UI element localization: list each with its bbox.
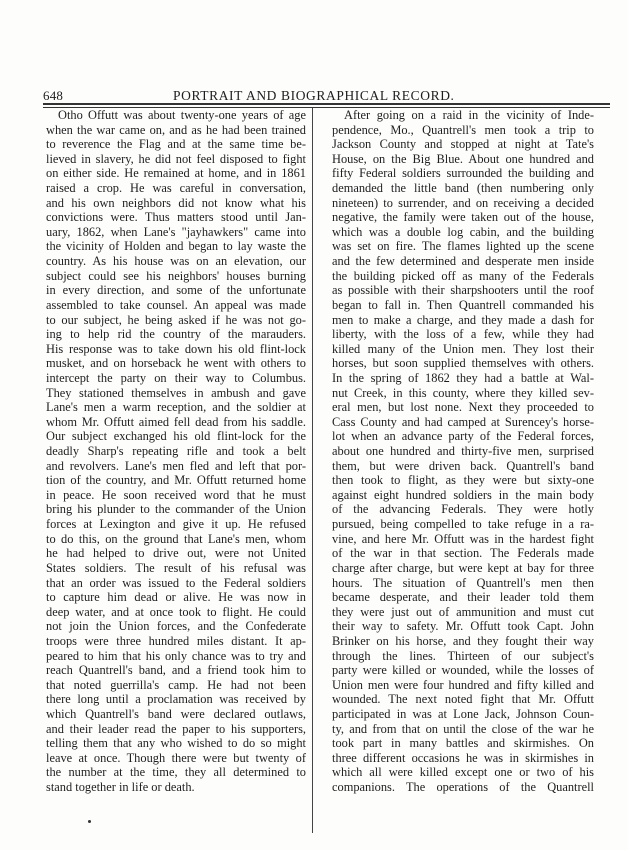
text-line: wounded. The next noted fight that Mr. O… — [332, 692, 594, 707]
text-line: killed many of the Union men. They lost … — [332, 342, 594, 357]
text-line: convictions were. Thus matters stood unt… — [46, 210, 306, 225]
text-line: reach Quantrell's band, and a friend too… — [46, 663, 306, 678]
text-line: subject could see his neighbors' houses … — [46, 269, 306, 284]
book-page: 648 PORTRAIT AND BIOGRAPHICAL RECORD. Ot… — [0, 0, 628, 850]
text-line: them, but were driven back. Quantrell's … — [332, 459, 594, 474]
text-line: through the lines. Thirteen of our subje… — [332, 649, 594, 664]
column-divider — [312, 108, 313, 833]
text-line: vine, and here Mr. Offutt was in the har… — [332, 532, 594, 547]
page-number: 648 — [43, 88, 63, 104]
text-line: they were just out of ammunition and mus… — [332, 605, 594, 620]
text-line: His response was to take down his old fl… — [46, 342, 306, 357]
text-line: demanded the little band (then numbering… — [332, 181, 594, 196]
text-line: hours. The situation of Quantrell's men … — [332, 576, 594, 591]
text-line: troops were three hundred miles distant.… — [46, 634, 306, 649]
text-line: uary, 1862, when Lane's "jayhawkers" cam… — [46, 225, 306, 240]
text-line: which was a double log cabin, and the bu… — [332, 225, 594, 240]
text-line: and their leader read the paper to his s… — [46, 722, 306, 737]
text-line: that noted guerrilla's camp. He had not … — [46, 678, 306, 693]
text-line: and the few determined and desperate men… — [332, 254, 594, 269]
text-line: negative, the family were taken out of t… — [332, 210, 594, 225]
text-line: ty, and from that on until the close of … — [332, 722, 594, 737]
text-line: Cass County and had camped at Surencey's… — [332, 415, 594, 430]
text-line: to do this, on the ground that Lane's me… — [46, 532, 306, 547]
text-line: States soldiers. The result of his refus… — [46, 561, 306, 576]
text-line: peared to him that his only chance was t… — [46, 649, 306, 664]
text-line: and his own neighbors did not know what … — [46, 196, 306, 211]
text-line: They stationed themselves in ambush and … — [46, 386, 306, 401]
text-line: bring his plunder to the commander of th… — [46, 502, 306, 517]
text-line: telling them that any who wished to do s… — [46, 736, 306, 751]
text-line: ing to help rid the country of the marau… — [46, 327, 306, 342]
text-line: musket, and on horseback he went with ot… — [46, 356, 306, 371]
text-line: fifty Federal soldiers surrounded the bu… — [332, 166, 594, 181]
text-line: leave at once. Though there were but twe… — [46, 751, 306, 766]
text-line: whom Mr. Offutt aimed fell dead from his… — [46, 415, 306, 430]
text-line: became desperate, and their leader told … — [332, 590, 594, 605]
print-speck — [88, 820, 91, 823]
text-line: stand together in life or death. — [46, 780, 306, 795]
text-line: not join the Union forces, and the Confe… — [46, 619, 306, 634]
text-line: intercept the party on their way to Colu… — [46, 371, 306, 386]
text-line: companions. The operations of the Quantr… — [332, 780, 594, 795]
text-line: three different occasions he was in skir… — [332, 751, 594, 766]
text-line: liberty, with the loss of a few, while t… — [332, 327, 594, 342]
text-line: In the spring of 1862 they had a battle … — [332, 371, 594, 386]
text-line: Otho Offutt was about twenty-one years o… — [46, 108, 306, 123]
text-line: took part in many battles and skirmishes… — [332, 736, 594, 751]
text-line: which Quantrell's band were declared out… — [46, 707, 306, 722]
text-line: to our subject, he being asked if he was… — [46, 313, 306, 328]
text-line: in peace. He soon received word that he … — [46, 488, 306, 503]
text-line: when the war came on, and as he had been… — [46, 123, 306, 138]
running-title: PORTRAIT AND BIOGRAPHICAL RECORD. — [173, 88, 455, 104]
text-line: men to make a charge, and they made a da… — [332, 313, 594, 328]
text-line: eral men, but lost none. Next they proce… — [332, 400, 594, 415]
text-line: Jackson County and stopped at night at T… — [332, 137, 594, 152]
text-line: lieved in slavery, he did not feel dispo… — [46, 152, 306, 167]
text-line: charge after charge, but were kept at ba… — [332, 561, 594, 576]
text-line: began to fall in. Then Quantrell command… — [332, 298, 594, 313]
text-line: Brinker on his horse, and they fought th… — [332, 634, 594, 649]
text-line: about one hundred and thirty-five men, s… — [332, 444, 594, 459]
left-column: Otho Offutt was about twenty-one years o… — [46, 108, 306, 795]
text-line: there long until a proclamation was rece… — [46, 692, 306, 707]
right-column: After going on a raid in the vicinity of… — [332, 108, 594, 795]
text-line: assembled to take counsel. An appeal was… — [46, 298, 306, 313]
text-line: against eight hundred soldiers in the ma… — [332, 488, 594, 503]
text-line: the number at the time, they all determi… — [46, 765, 306, 780]
text-line: After going on a raid in the vicinity of… — [332, 108, 594, 123]
text-line: he had helped to drive out, were not Uni… — [46, 546, 306, 561]
text-line: and revolvers. Lane's men fled and left … — [46, 459, 306, 474]
text-line: deep water, and at once took to flight. … — [46, 605, 306, 620]
text-line: pursued, being compelled to take refuge … — [332, 517, 594, 532]
text-line: to capture him dead or alive. He was now… — [46, 590, 306, 605]
text-line: Union men were four hundred and fifty ki… — [332, 678, 594, 693]
text-line: nut Creek, in this county, where they ki… — [332, 386, 594, 401]
text-line: raised a crop. He was careful in convers… — [46, 181, 306, 196]
text-line: of the advancing Federals. They were hot… — [332, 502, 594, 517]
text-line: party were killed or wounded, while the … — [332, 663, 594, 678]
text-line: in every direction, and some of the unfo… — [46, 283, 306, 298]
text-line: of the war in that section. The Federals… — [332, 546, 594, 561]
text-line: was set on fire. The flames lighted up t… — [332, 239, 594, 254]
text-line: then took to flight, as they were but si… — [332, 473, 594, 488]
text-line: the building picked off as many of the F… — [332, 269, 594, 284]
text-line: nineteen) to surrender, and on receiving… — [332, 196, 594, 211]
text-line: horses, but soon supplied themselves wit… — [332, 356, 594, 371]
text-line: that an order was issued to the Federal … — [46, 576, 306, 591]
text-line: pendence, Mo., Quantrell's men took a tr… — [332, 123, 594, 138]
text-line: deadly Sharp's repeating rifle and took … — [46, 444, 306, 459]
text-line: Lane's men a warm reception, and the sol… — [46, 400, 306, 415]
text-line: to reverence the Flag and at the same ti… — [46, 137, 306, 152]
text-line: forces at Lexington and give it up. He r… — [46, 517, 306, 532]
text-line: which all were killed except one or two … — [332, 765, 594, 780]
text-line: on either side. He remained at home, and… — [46, 166, 306, 181]
text-line: the vicinity of Holden and began to lay … — [46, 239, 306, 254]
text-line: lot when an advance party of the Federal… — [332, 429, 594, 444]
text-line: House, on the Big Blue. About one hundre… — [332, 152, 594, 167]
header-rule-thick — [43, 103, 610, 105]
text-line: Our subject exchanged his old flint-lock… — [46, 429, 306, 444]
text-line: tion of the country, and Mr. Offutt retu… — [46, 473, 306, 488]
text-line: country. As his house was on an elevatio… — [46, 254, 306, 269]
text-line: as possible with their sharpshooters unt… — [332, 283, 594, 298]
text-line: their way to safety. Mr. Offutt took Cap… — [332, 619, 594, 634]
text-line: participated in was at Lone Jack, Johnso… — [332, 707, 594, 722]
